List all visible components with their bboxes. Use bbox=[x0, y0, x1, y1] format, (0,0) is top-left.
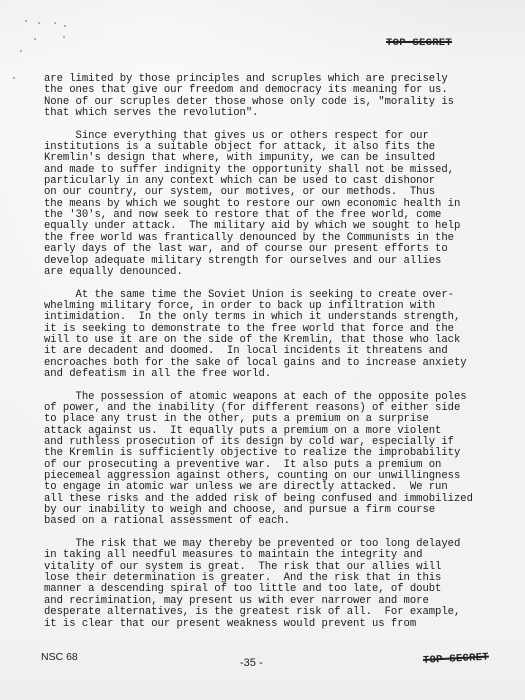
text-line: are equally denounced. bbox=[44, 267, 504, 278]
document-body: are limited by those principles and scru… bbox=[44, 74, 504, 641]
text-line: the Kremlin is sufficiently objective to… bbox=[44, 448, 504, 459]
text-line: desperate alternatives, is the greatest … bbox=[44, 607, 504, 618]
paper-speck bbox=[63, 36, 65, 38]
paragraph: are limited by those principles and scru… bbox=[44, 74, 504, 119]
paper-speck bbox=[64, 25, 66, 27]
text-line: it are decadent and doomed. In local inc… bbox=[44, 346, 504, 357]
paper-speck bbox=[20, 50, 22, 52]
document-page: TOP SECRET are limited by those principl… bbox=[0, 0, 525, 700]
paragraph: Since everything that gives us or others… bbox=[44, 131, 504, 278]
text-line: based on a rational assessment of each. bbox=[44, 516, 504, 527]
text-line: that which serves the revolution". bbox=[44, 108, 504, 119]
classification-marking-top: TOP SECRET bbox=[386, 37, 452, 49]
paper-speck bbox=[13, 77, 15, 79]
paragraph: At the same time the Soviet Union is see… bbox=[44, 290, 504, 381]
page-number: -35 - bbox=[240, 657, 263, 669]
classification-marking-bottom: TOP SECRET bbox=[423, 652, 490, 667]
paper-speck bbox=[34, 38, 36, 40]
document-id: NSC 68 bbox=[41, 651, 78, 663]
paragraph: The risk that we may thereby be prevente… bbox=[44, 539, 504, 630]
text-line: it is clear that our present weakness wo… bbox=[44, 619, 504, 630]
text-line: and defeatism in all the free world. bbox=[44, 369, 504, 380]
text-line: to place any trust in the other, puts a … bbox=[44, 414, 504, 425]
paper-speck bbox=[25, 20, 27, 22]
text-line: the ones that give our freedom and democ… bbox=[44, 85, 504, 96]
text-line: intimidation. In the only terms in which… bbox=[44, 312, 504, 323]
paper-speck bbox=[54, 22, 56, 24]
text-line: early days of the last war, and of cours… bbox=[44, 244, 504, 255]
paragraph: The possession of atomic weapons at each… bbox=[44, 392, 504, 528]
paper-speck bbox=[38, 22, 40, 24]
